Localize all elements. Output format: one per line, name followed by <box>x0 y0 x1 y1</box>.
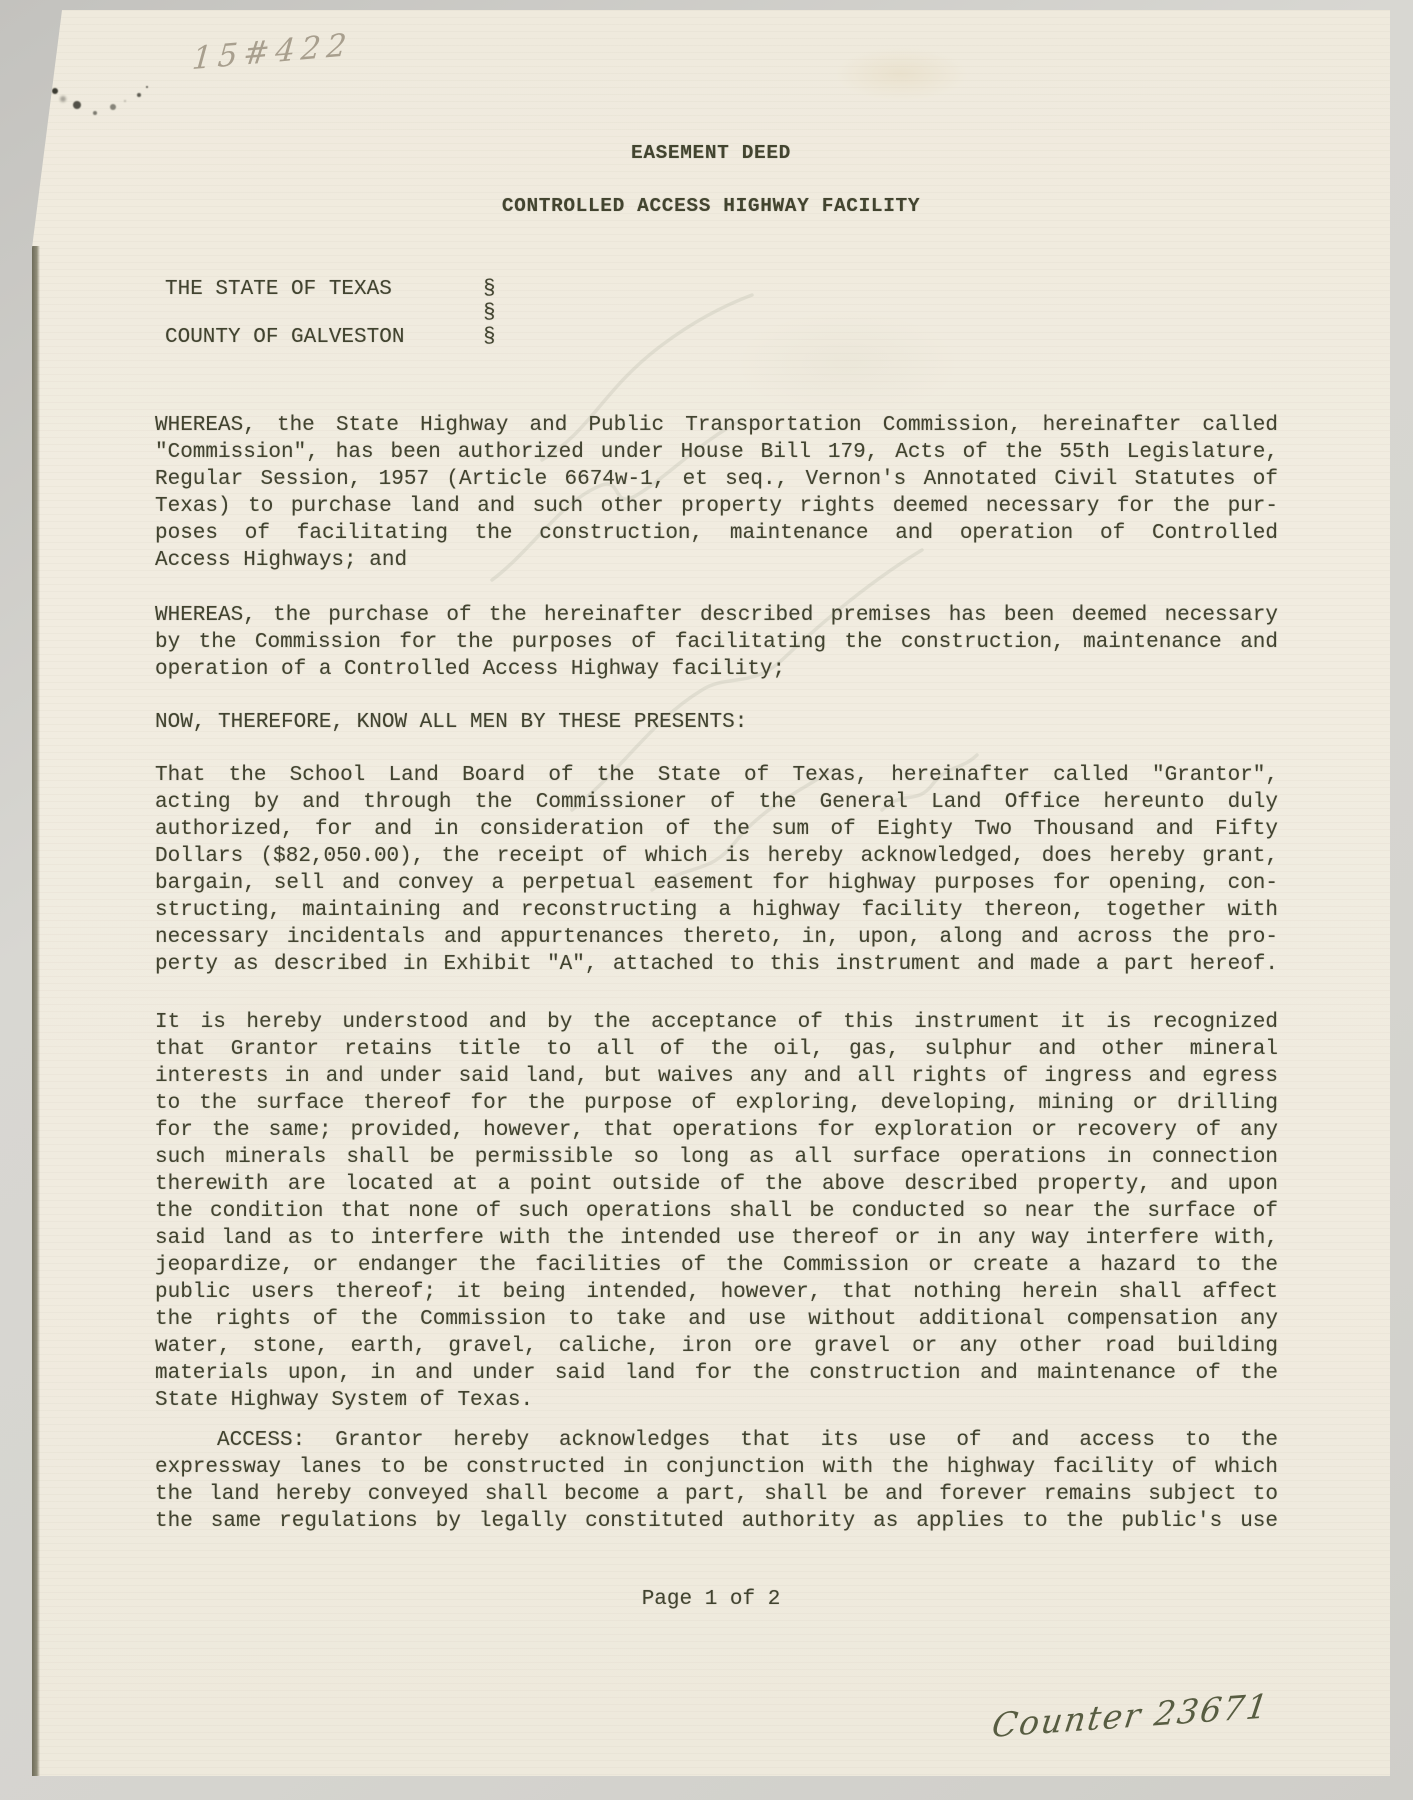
ink-smudge <box>52 88 58 94</box>
text-line: It is hereby understood and by the accep… <box>155 1009 1278 1036</box>
text-line: Texas) to purchase land and such other p… <box>155 493 1278 520</box>
text-line: therewith are located at a point outside… <box>155 1171 1278 1198</box>
text-line: interests in and under said land, but wa… <box>155 1063 1278 1090</box>
handwritten-counter-number: Counter 23671 <box>990 1686 1273 1745</box>
text-line: the land hereby conveyed shall become a … <box>155 1481 1278 1508</box>
presents-clause: NOW, THEREFORE, KNOW ALL MEN BY THESE PR… <box>155 709 1278 736</box>
text-line: Regular Session, 1957 (Article 6674w-1, … <box>155 466 1278 493</box>
text-line: expressway lanes to be constructed in co… <box>155 1454 1278 1481</box>
text-line: the rights of the Commission to take and… <box>155 1306 1278 1333</box>
text-line: the same regulations by legally constitu… <box>155 1508 1278 1535</box>
page-edge-shadow <box>32 246 40 1776</box>
text-line: perty as described in Exhibit "A", attac… <box>155 951 1278 978</box>
paragraph-access: ACCESS: Grantor hereby acknowledges that… <box>155 1427 1278 1535</box>
section-mark: § <box>483 326 496 350</box>
text-line: State Highway System of Texas. <box>155 1387 1278 1414</box>
text-line: necessary incidentals and appurtenances … <box>155 924 1278 951</box>
text-line: by the Commission for the purposes of fa… <box>155 629 1278 656</box>
paragraph-grant: That the School Land Board of the State … <box>155 762 1278 978</box>
county-label: COUNTY OF GALVESTON <box>165 326 404 349</box>
text-line: jeopardize, or endanger the facilities o… <box>155 1252 1278 1279</box>
text-line: "Commission", has been authorized under … <box>155 439 1278 466</box>
scanned-document-canvas: 15#422 EASEMENT DEED CONTROLLED ACCESS H… <box>0 0 1413 1800</box>
section-mark: § <box>483 278 496 302</box>
text-line: operation of a Controlled Access Highway… <box>155 656 1278 683</box>
text-line: water, stone, earth, gravel, caliche, ir… <box>155 1333 1278 1360</box>
text-line: That the School Land Board of the State … <box>155 762 1278 789</box>
section-mark: § <box>483 302 496 326</box>
text-line: WHEREAS, the purchase of the hereinafter… <box>155 602 1278 629</box>
text-line: materials upon, in and under said land f… <box>155 1360 1278 1387</box>
paragraph-whereas-2: WHEREAS, the purchase of the hereinafter… <box>155 602 1278 683</box>
text-line: that Grantor retains title to all of the… <box>155 1036 1278 1063</box>
text-line: Dollars ($82,050.00), the receipt of whi… <box>155 843 1278 870</box>
text-line: WHEREAS, the State Highway and Public Tr… <box>155 412 1278 439</box>
text-line: said land as to interfere with the inten… <box>155 1225 1278 1252</box>
state-label: THE STATE OF TEXAS <box>165 278 392 301</box>
text-line: public users thereof; it being intended,… <box>155 1279 1278 1306</box>
text-line: bargain, sell and convey a perpetual eas… <box>155 870 1278 897</box>
page-number: Page 1 of 2 <box>32 1588 1390 1611</box>
text-line: poses of facilitating the construction, … <box>155 520 1278 547</box>
text-line: the condition that none of such operatio… <box>155 1198 1278 1225</box>
paragraph-whereas-1: WHEREAS, the State Highway and Public Tr… <box>155 412 1278 574</box>
text-line: such minerals shall be permissible so lo… <box>155 1144 1278 1171</box>
text-line: to the surface thereof for the purpose o… <box>155 1090 1278 1117</box>
handwritten-file-number: 15#422 <box>191 27 354 77</box>
parties-block: THE STATE OF TEXAS § § COUNTY OF GALVEST… <box>165 278 725 350</box>
document-subtitle: CONTROLLED ACCESS HIGHWAY FACILITY <box>32 195 1390 217</box>
text-line: structing, maintaining and reconstructin… <box>155 897 1278 924</box>
section-mark-row: § <box>165 302 725 326</box>
document-title: EASEMENT DEED <box>32 142 1390 164</box>
text-line: for the same; provided, however, that op… <box>155 1117 1278 1144</box>
text-line: ACCESS: Grantor hereby acknowledges that… <box>155 1427 1278 1454</box>
paragraph-minerals: It is hereby understood and by the accep… <box>155 1009 1278 1414</box>
document-page: 15#422 EASEMENT DEED CONTROLLED ACCESS H… <box>32 10 1390 1776</box>
party-state-row: THE STATE OF TEXAS § <box>165 278 725 302</box>
text-line: acting by and through the Commissioner o… <box>155 789 1278 816</box>
text-line: Access Highways; and <box>155 547 1278 574</box>
party-county-row: COUNTY OF GALVESTON § <box>165 326 725 350</box>
text-line: authorized, for and in consideration of … <box>155 816 1278 843</box>
